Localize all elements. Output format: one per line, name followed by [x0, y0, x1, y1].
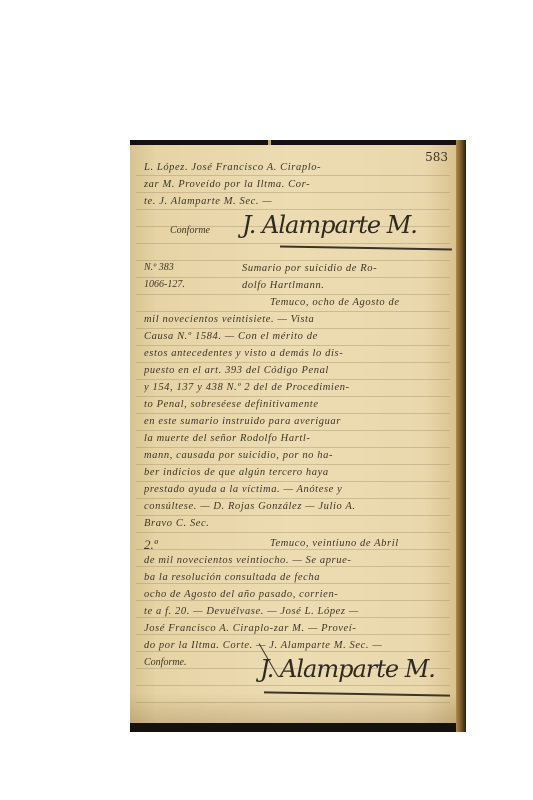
text-line: L. López. José Francisco A. Ciraplo- — [144, 161, 442, 174]
ruled-line — [136, 277, 450, 278]
text-line: te. J. Alamparte M. Sec. — — [144, 195, 442, 208]
text-line: la muerte del señor Rodolfo Hartl- — [144, 432, 442, 445]
ruled-line — [136, 175, 450, 176]
text-line: consúltese. — D. Rojas González — Julio … — [144, 500, 442, 513]
ruled-line — [136, 362, 450, 363]
conforme-label: Conforme — [170, 225, 210, 236]
ruled-line — [136, 532, 450, 533]
signature: J. Alamparte M. — [260, 655, 435, 683]
ruled-line — [136, 379, 450, 380]
ruled-line — [136, 396, 450, 397]
text-line: en este sumario instruido para averiguar — [144, 415, 442, 428]
ledger-page: 583 L. López. José Francisco A. Ciraplo-… — [130, 145, 456, 723]
text-line: Temuco, ocho de Agosto de — [270, 296, 442, 309]
text-line: mann, causada por suicidio, por no ha- — [144, 449, 442, 462]
signature-underline — [280, 245, 452, 250]
text-line: Temuco, veintiuno de Abril — [270, 537, 442, 550]
text-line: de mil novecientos veintiocho. — Se apru… — [144, 554, 442, 567]
signature-underline — [264, 691, 450, 696]
ruled-line — [136, 515, 450, 516]
text-line: zar M. Proveído por la Iltma. Cor- — [144, 178, 442, 191]
text-line: Bravo C. Sec. — [144, 517, 442, 530]
text-line: estos antecedentes y visto a demás lo di… — [144, 347, 442, 360]
ruled-line — [136, 294, 450, 295]
entry-heading: dolfo Hartlmann. — [242, 279, 442, 292]
text-line: ocho de Agosto del año pasado, corrien- — [144, 588, 442, 601]
text-line: y 154, 137 y 438 N.º 2 del de Procedimie… — [144, 381, 442, 394]
text-line: ba la resolución consultada de fecha — [144, 571, 442, 584]
ruled-line — [136, 311, 450, 312]
text-line: puesto en el art. 393 del Código Penal — [144, 364, 442, 377]
signature: J. Alamparte M. — [242, 211, 417, 239]
text-line: ber indicios de que algún tercero haya — [144, 466, 442, 479]
ruled-line — [136, 413, 450, 414]
ruled-line — [136, 243, 450, 244]
ruled-line — [136, 702, 450, 703]
text-line: mil novecientos veintisiete. — Vista — [144, 313, 442, 326]
ruled-line — [136, 328, 450, 329]
text-line: te a f. 20. — Devuélvase. — José L. Lópe… — [144, 605, 442, 618]
ruled-line — [136, 260, 450, 261]
ruled-line — [136, 685, 450, 686]
text-line: Causa N.º 1584. — Con el mérito de — [144, 330, 442, 343]
ruled-line — [136, 209, 450, 210]
text-line: José Francisco A. Ciraplo-zar M. — Prove… — [144, 622, 442, 635]
ruled-line — [136, 447, 450, 448]
entry-number: 2.º — [144, 537, 158, 553]
ruled-line — [136, 192, 450, 193]
book-spine-edge — [456, 140, 466, 732]
conforme-label: Conforme. — [144, 657, 187, 668]
entry-heading: Sumario por suicidio de Ro- — [242, 262, 442, 275]
text-line: to Penal, sobreséese definitivamente — [144, 398, 442, 411]
ruled-line — [136, 430, 450, 431]
ruled-line — [136, 481, 450, 482]
entry-reference: 1066-127. — [144, 279, 185, 290]
ruled-line — [136, 464, 450, 465]
entry-number: N.º 383 — [144, 262, 174, 273]
ruled-line — [136, 498, 450, 499]
ruled-line — [136, 345, 450, 346]
text-line: prestado ayuda a la víctima. — Anótese y — [144, 483, 442, 496]
text-line: do por la Iltma. Corte. — J. Alamparte M… — [144, 639, 442, 652]
